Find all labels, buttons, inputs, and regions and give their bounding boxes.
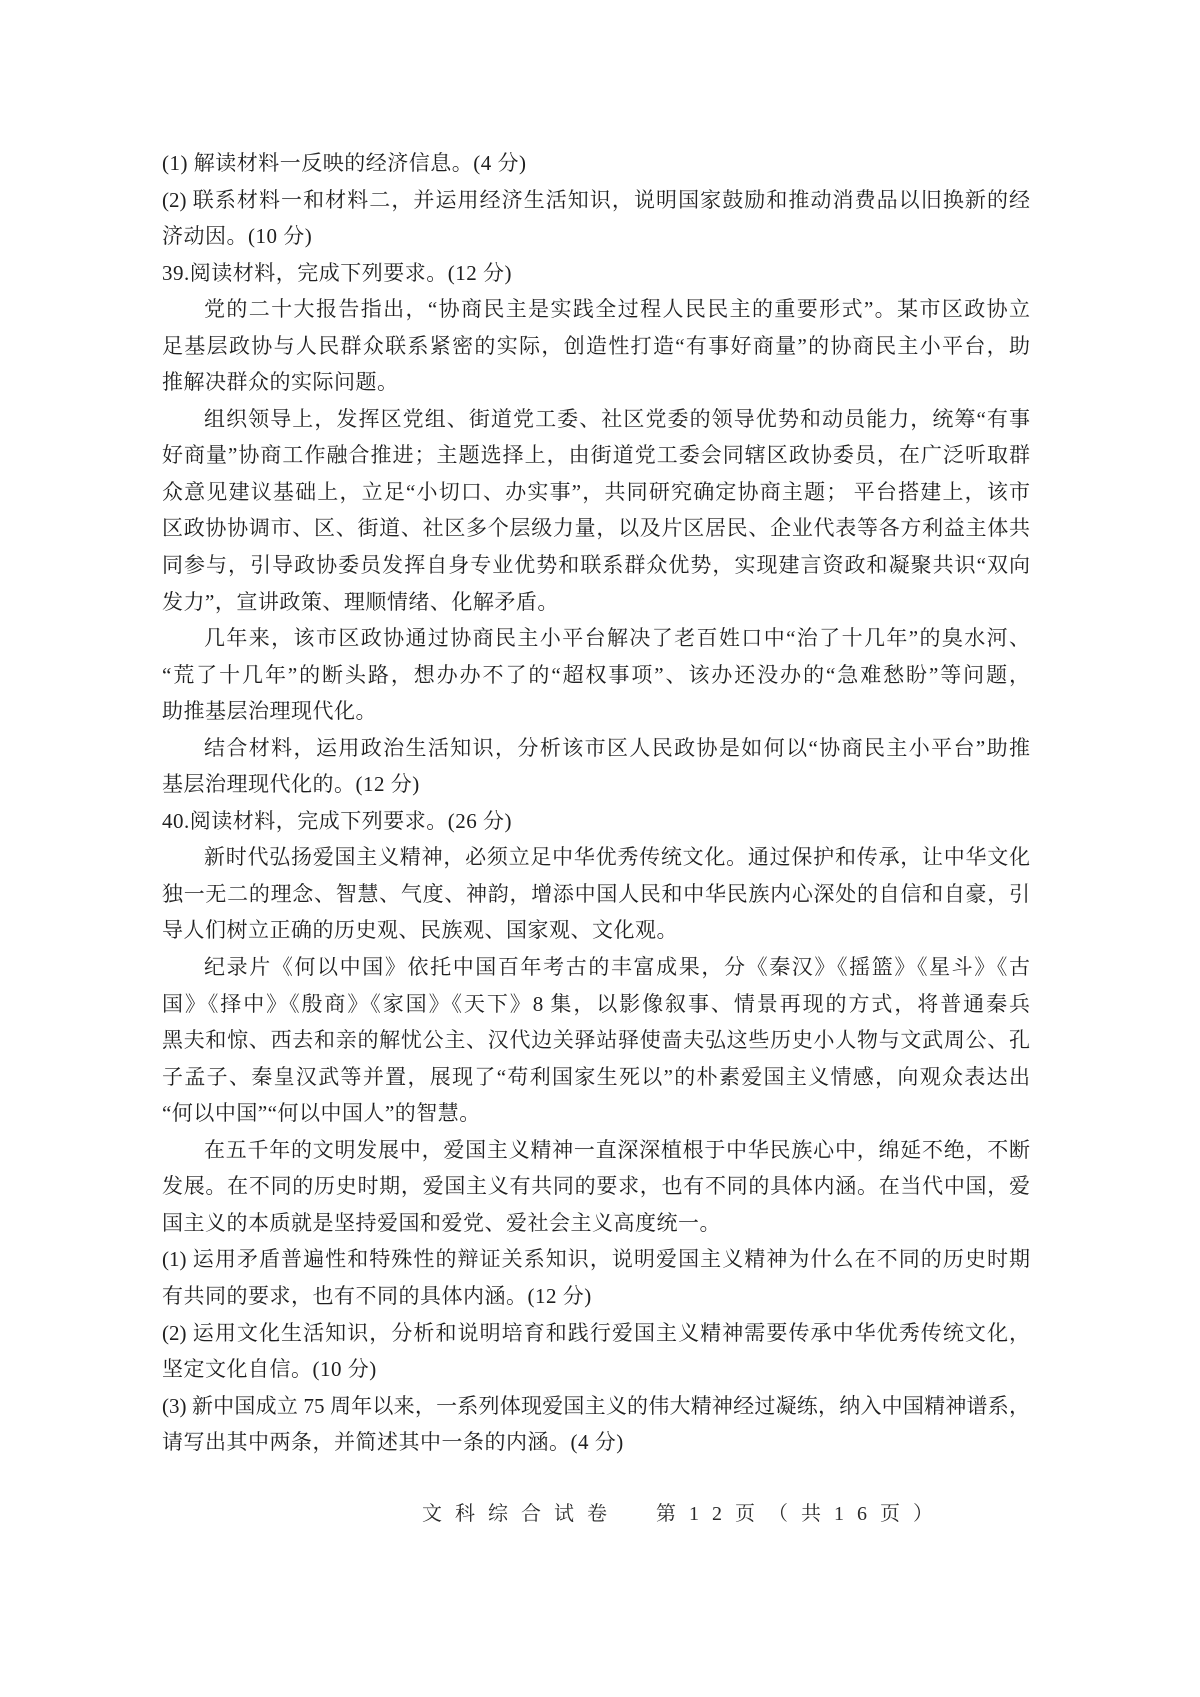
text-line: 众意见建议基础上，立足“小切口、办实事”，共同研究确定协商主题； 平台搭建上，该… [162,474,1030,511]
text-line: 发力”，宣讲政策、理顺情绪、化解矛盾。 [162,584,1030,621]
text-line: (1) 运用矛盾普遍性和特殊性的辩证关系知识，说明爱国主义精神为什么在不同的历史… [162,1241,1030,1278]
text-line: 济动因。(10 分) [162,218,1030,255]
text-line: 区政协协调市、区、街道、社区多个层级力量，以及片区居民、企业代表等各方利益主体共 [162,510,1030,547]
text-line: 国》《择中》《殷商》《家国》《天下》8 集，以影像叙事、情景再现的方式，将普通秦… [162,986,1030,1023]
text-line: 好商量”协商工作融合推进；主题选择上，由街道党工委会同辖区政协委员，在广泛听取群 [162,437,1030,474]
text-line: 有共同的要求，也有不同的具体内涵。(12 分) [162,1278,1030,1315]
text-line: “荒了十几年”的断头路，想办办不了的“超权事项”、该办还没办的“急难愁盼”等问题… [162,657,1030,694]
text-line: 导人们树立正确的历史观、民族观、国家观、文化观。 [162,912,1030,949]
text-line: (1) 解读材料一反映的经济信息。(4 分) [162,145,1030,182]
text-line: 请写出其中两条，并简述其中一条的内涵。(4 分) [162,1424,1030,1461]
text-line: 几年来，该市区政协通过协商民主小平台解决了老百姓口中“治了十几年”的臭水河、 [162,620,1030,657]
text-line: 黑夫和惊、西去和亲的解忧公主、汉代边关驿站驿使啬夫弘这些历史小人物与文武周公、孔 [162,1022,1030,1059]
text-line: 结合材料，运用政治生活知识，分析该市区人民政协是如何以“协商民主小平台”助推 [162,730,1030,767]
exam-text-block: (1) 解读材料一反映的经济信息。(4 分) (2) 联系材料一和材料二，并运用… [162,145,1030,1461]
text-line: 足基层政协与人民群众联系紧密的实际，创造性打造“有事好商量”的协商民主小平台，助 [162,328,1030,365]
text-line: (3) 新中国成立 75 周年以来，一系列体现爱国主义的伟大精神经过凝练，纳入中… [162,1388,1030,1425]
text-line: 40.阅读材料，完成下列要求。(26 分) [162,803,1030,840]
exam-page: (1) 解读材料一反映的经济信息。(4 分) (2) 联系材料一和材料二，并运用… [0,0,1200,1697]
text-line: “何以中国”“何以中国人”的智慧。 [162,1095,1030,1132]
text-line: 发展。在不同的历史时期，爱国主义有共同的要求，也有不同的具体内涵。在当代中国，爱 [162,1168,1030,1205]
text-line: 基层治理现代化的。(12 分) [162,766,1030,803]
text-line: 独一无二的理念、智慧、气度、神韵，增添中国人民和中华民族内心深处的自信和自豪，引 [162,876,1030,913]
text-line: 新时代弘扬爱国主义精神，必须立足中华优秀传统文化。通过保护和传承，让中华文化 [162,839,1030,876]
text-line: 党的二十大报告指出，“协商民主是实践全过程人民民主的重要形式”。某市区政协立 [162,291,1030,328]
text-line: 在五千年的文明发展中，爱国主义精神一直深深植根于中华民族心中，绵延不绝，不断 [162,1132,1030,1169]
text-line: 推解决群众的实际问题。 [162,364,1030,401]
text-line: 同参与，引导政协委员发挥自身专业优势和联系群众优势，实现建言资政和凝聚共识“双向 [162,547,1030,584]
text-line: 坚定文化自信。(10 分) [162,1351,1030,1388]
text-line: 39.阅读材料，完成下列要求。(12 分) [162,255,1030,292]
text-line: (2) 运用文化生活知识，分析和说明培育和践行爱国主义精神需要传承中华优秀传统文… [162,1315,1030,1352]
footer-exam-title: 文科综合试卷 [422,1503,620,1525]
text-line: 国主义的本质就是坚持爱国和爱党、爱社会主义高度统一。 [162,1205,1030,1242]
text-line: (2) 联系材料一和材料二，并运用经济生活知识，说明国家鼓励和推动消费品以旧换新… [162,182,1030,219]
text-line: 组织领导上，发挥区党组、街道党工委、社区党委的领导优势和动员能力，统筹“有事 [162,401,1030,438]
page-footer: 文科综合试卷 第12页（共16页） [422,1497,946,1526]
text-line: 助推基层治理现代化。 [162,693,1030,730]
text-line: 纪录片《何以中国》依托中国百年考古的丰富成果，分《秦汉》《摇篮》《星斗》《古 [162,949,1030,986]
footer-page-number: 第12页（共16页） [656,1503,946,1525]
text-line: 子孟子、秦皇汉武等并置，展现了“苟利国家生死以”的朴素爱国主义情感，向观众表达出 [162,1059,1030,1096]
